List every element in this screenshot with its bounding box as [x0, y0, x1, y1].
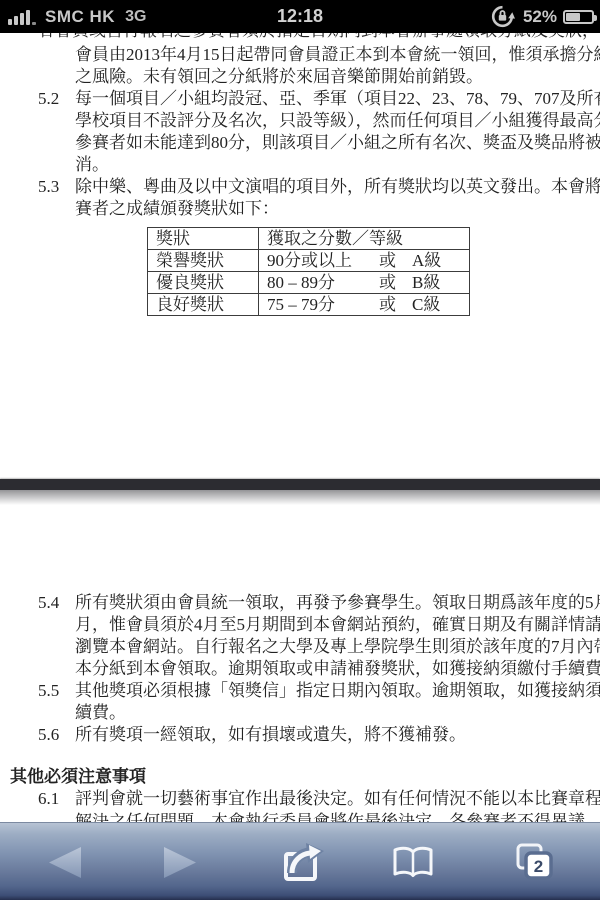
- share-icon: [279, 841, 325, 883]
- status-bar: SMC HK 3G 12:18 52%: [0, 0, 600, 33]
- award-cell: 榮譽獎狀: [148, 250, 259, 272]
- pages-icon: 2: [511, 842, 553, 882]
- doc-text-line: 月，惟會員須於4月至5月期間到本會網站預約，確實日期及有關詳情請屆時: [0, 614, 600, 636]
- doc-text-line: 6.1評判會就一切藝術事宜作出最後決定。如有任何情況不能以本比賽章程作出: [0, 788, 600, 810]
- doc-text-line: 5.4所有獎狀須由會員統一領取，再發予參賽學生。領取日期爲該年度的5月至6: [0, 592, 600, 614]
- safari-toolbar: 2: [0, 822, 600, 900]
- bookmarks-button[interactable]: [378, 823, 448, 900]
- doc-text-line: 5.5其他獎項必須根據「領獎信」指定日期內領取。逾期領取，如獲接納須繳付手: [0, 680, 600, 702]
- header-award: 獎狀: [148, 228, 259, 250]
- award-cell: 優良獎狀: [148, 272, 259, 294]
- share-button[interactable]: [267, 823, 337, 900]
- score-cell: 90分或以上或A級: [259, 250, 470, 272]
- doc-text-line: 學校項目不設評分及名次，只設等級），然而任何項目／小組獲得最高分數之: [0, 110, 600, 132]
- table-row: 榮譽獎狀 90分或以上或A級: [148, 250, 470, 272]
- doc-text-line: 續費。: [0, 702, 600, 724]
- table-header-row: 獎狀 獲取之分數／等級: [148, 228, 470, 250]
- battery-icon: [563, 10, 594, 24]
- bookmarks-book-icon: [392, 846, 434, 878]
- score-cell: 80 – 89分或B級: [259, 272, 470, 294]
- clipped-text-line: 解決之任何問題，本會執行委員會將作最後決定，各參賽者不得異議。: [0, 810, 600, 822]
- doc-text-line: 瀏覽本會網站。自行報名之大學及專上學院學生則須於該年度的7月內帶同基: [0, 636, 600, 658]
- pdf-page-1[interactable]: 各會員或自行報名之參賽者須於指定日期內到本會辦事處領取分紙及獎狀，惟 會員由20…: [0, 33, 600, 480]
- forward-button[interactable]: [145, 823, 215, 900]
- header-score: 獲取之分數／等級: [259, 228, 470, 250]
- section-heading: 其他必須注意事項: [0, 766, 600, 788]
- page-separator: [0, 479, 600, 490]
- back-arrow-icon: [49, 847, 81, 878]
- rotation-lock-icon: [490, 4, 515, 29]
- table-row: 優良獎狀 80 – 89分或B級: [148, 272, 470, 294]
- iphone-screen: SMC HK 3G 12:18 52% 各會員或自行報名之參賽者須於指定日期內到…: [0, 0, 600, 900]
- doc-text-line: 消。: [0, 154, 600, 176]
- page-separator-shadow: [0, 490, 600, 505]
- doc-text-line: 本分紙到本會領取。逾期領取或申請補發獎狀，如獲接納須繳付手續費。: [0, 658, 600, 680]
- doc-text-line: 之風險。未有領回之分紙將於來屆音樂節開始前銷毀。: [0, 66, 600, 88]
- awards-grade-table: 獎狀 獲取之分數／等級 榮譽獎狀 90分或以上或A級 優良獎狀 80 – 89分…: [147, 227, 470, 316]
- pdf-page-2[interactable]: 5.4所有獎狀須由會員統一領取，再發予參賽學生。領取日期爲該年度的5月至6 月，…: [0, 504, 600, 822]
- doc-text-line: 5.6所有獎項一經領取，如有損壞或遺失，將不獲補發。: [0, 724, 600, 746]
- table-row: 良好獎狀 75 – 79分或C級: [148, 294, 470, 316]
- forward-arrow-icon: [164, 847, 196, 878]
- pages-button[interactable]: 2: [497, 823, 567, 900]
- status-right: 52%: [490, 0, 594, 33]
- doc-text-line: 賽者之成績頒發獎狀如下：: [0, 198, 600, 220]
- score-cell: 75 – 79分或C級: [259, 294, 470, 316]
- award-cell: 良好獎狀: [148, 294, 259, 316]
- clipped-text-line: 各會員或自行報名之參賽者須於指定日期內到本會辦事處領取分紙及獎狀，惟: [0, 33, 600, 44]
- doc-text-line: 參賽者如未能達到80分，則該項目／小組之所有名次、獎盃及獎品將被取: [0, 132, 600, 154]
- doc-text-line: 5.3除中樂、粵曲及以中文演唱的項目外，所有獎狀均以英文發出。本會將按參: [0, 176, 600, 198]
- back-button[interactable]: [30, 823, 100, 900]
- doc-text-line: 會員由2013年4月15日起帶同會員證正本到本會統一領回，惟須承擔分紙遺失: [0, 44, 600, 66]
- page-count-badge: 2: [534, 857, 543, 876]
- doc-text-line: 5.2每一個項目／小組均設冠、亞、季軍（項目22、23、78、79、707及所有…: [0, 88, 600, 110]
- battery-percent-label: 52%: [523, 7, 557, 27]
